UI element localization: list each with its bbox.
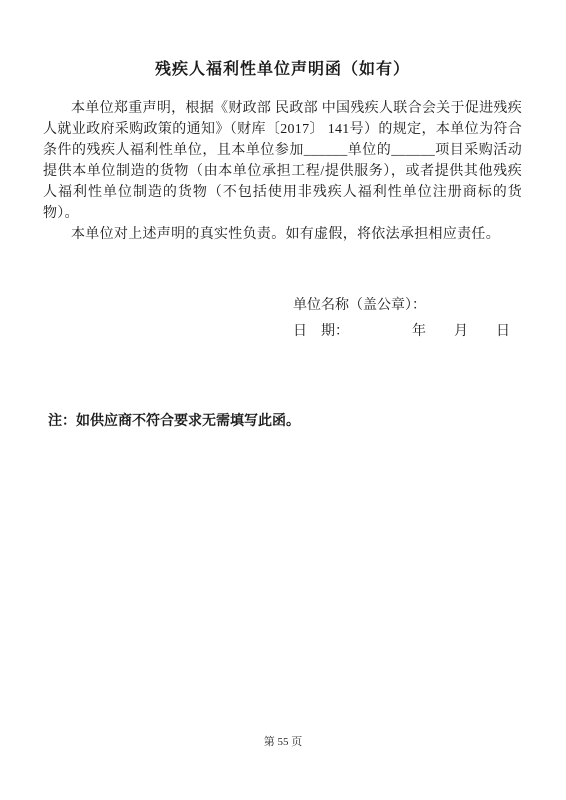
responsibility-paragraph: 本单位对上述声明的真实性负责。如有虚假，将依法承担相应责任。 [43, 224, 522, 245]
page-title: 残疾人福利性单位声明函（如有） [43, 60, 522, 80]
declaration-paragraph: 本单位郑重声明，根据《财政部 民政部 中国残疾人联合会关于促进残疾人就业政府采购… [43, 98, 522, 224]
company-name-line: 单位名称（盖公章）： [293, 293, 522, 319]
note-line: 注：如供应商不符合要求无需填写此函。 [48, 411, 522, 432]
document-content: 残疾人福利性单位声明函（如有） 本单位郑重声明，根据《财政部 民政部 中国残疾人… [43, 60, 522, 432]
signature-block: 单位名称（盖公章）： 日 期： 年 月 日 [293, 293, 522, 345]
document-page: 残疾人福利性单位声明函（如有） 本单位郑重声明，根据《财政部 民政部 中国残疾人… [0, 0, 566, 800]
page-number: 第 55 页 [0, 733, 566, 749]
date-line: 日 期： 年 月 日 [293, 319, 522, 345]
